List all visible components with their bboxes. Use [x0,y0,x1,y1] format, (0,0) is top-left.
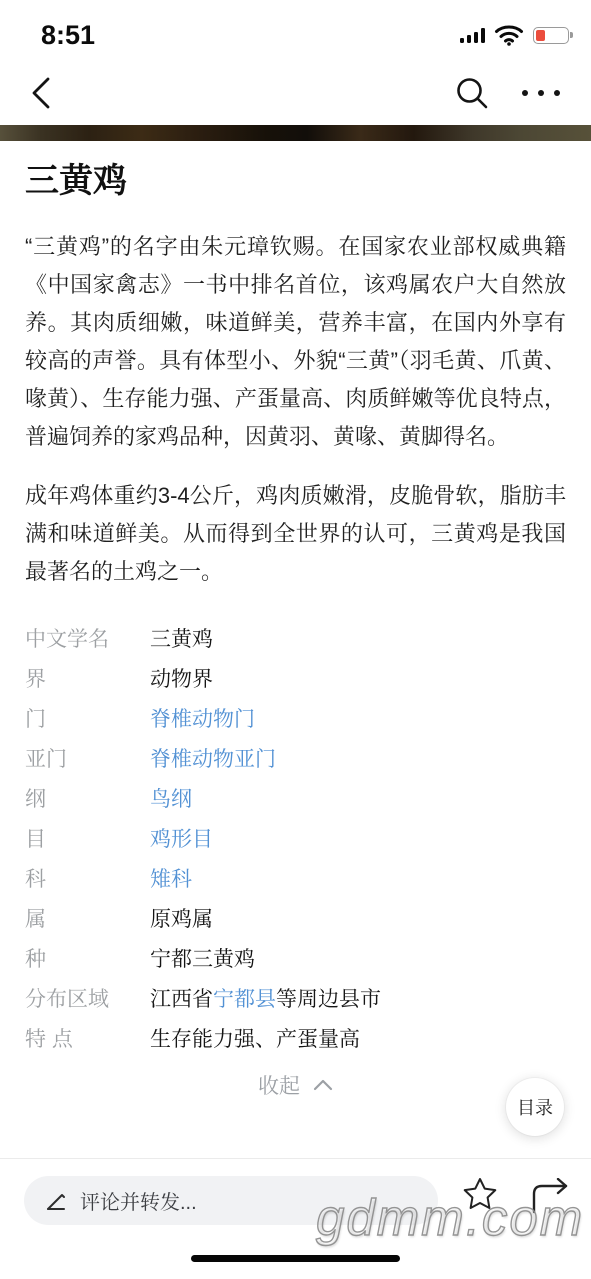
infobox-row: 目鸡形目 [25,820,566,860]
infobox-text: 生存能力强、产蛋量高 [150,1028,360,1051]
infobox-row-value: 雉科 [150,860,192,900]
infobox-text: 宁都三黄鸡 [150,948,255,971]
more-button[interactable] [521,89,561,97]
infobox-row: 科雉科 [25,860,566,900]
share-arrow-icon [528,1178,572,1214]
infobox-row-label: 属 [25,900,150,940]
infobox-text: 动物界 [150,668,213,691]
wifi-icon [494,24,524,46]
infobox-row-label: 门 [25,700,150,740]
infobox-row: 种宁都三黄鸡 [25,940,566,980]
infobox-row-value: 脊椎动物亚门 [150,740,276,780]
infobox-row-value: 鸡形目 [150,820,213,860]
infobox-row-label: 目 [25,820,150,860]
header-photo-strip[interactable] [0,125,591,141]
infobox-rows: 中文学名三黄鸡界动物界门脊椎动物门亚门脊椎动物亚门纲鸟纲目鸡形目科雉科属原鸡属种… [25,620,566,1060]
chevron-up-icon [313,1079,333,1091]
infobox-row-value: 动物界 [150,660,213,700]
infobox-row: 门脊椎动物门 [25,700,566,740]
battery-icon [533,27,569,44]
comment-placeholder: 评论并转发... [80,1186,197,1215]
infobox-row-value: 脊椎动物门 [150,700,255,740]
infobox-link[interactable]: 宁都县 [213,988,276,1011]
back-button[interactable] [30,76,52,110]
infobox-link[interactable]: 鸟纲 [150,788,192,811]
infobox-row: 中文学名三黄鸡 [25,620,566,660]
infobox-row: 亚门脊椎动物亚门 [25,740,566,780]
infobox-row-label: 中文学名 [25,620,150,660]
infobox-row-value: 宁都三黄鸡 [150,940,255,980]
infobox-row-value: 原鸡属 [150,900,213,940]
nav-bar [0,60,591,125]
star-icon [460,1175,500,1215]
pencil-icon [45,1190,67,1212]
infobox-row: 分布区域江西省宁都县等周边县市 [25,980,566,1020]
infobox-link[interactable]: 脊椎动物门 [150,708,255,731]
infobox-link[interactable]: 鸡形目 [150,828,213,851]
infobox-row: 界动物界 [25,660,566,700]
status-icons [460,24,570,46]
infobox-row-value: 江西省宁都县等周边县市 [150,980,381,1020]
infobox-text: 原鸡属 [150,908,213,931]
infobox-row-label: 亚门 [25,740,150,780]
infobox-text: 三黄鸡 [150,628,213,651]
comment-input[interactable]: 评论并转发... [24,1176,438,1225]
infobox-row-value: 三黄鸡 [150,620,213,660]
infobox-row-label: 科 [25,860,150,900]
article: 三黄鸡 “三黄鸡”的名字由朱元璋钦赐。在国家农业部权威典籍《中国家禽志》一书中排… [0,158,591,1105]
ellipsis-icon [521,89,561,97]
home-indicator[interactable] [191,1255,400,1262]
infobox-link[interactable]: 雉科 [150,868,192,891]
share-button[interactable] [528,1178,572,1214]
infobox-row-value: 鸟纲 [150,780,192,820]
back-chevron-icon [30,76,52,110]
cellular-signal-icon [460,27,486,43]
infobox-row-value: 生存能力强、产蛋量高 [150,1020,360,1060]
infobox-text: 等周边县市 [276,988,381,1011]
infobox-row-label: 分布区域 [25,980,150,1020]
collapse-button[interactable]: 收起 [25,1065,566,1105]
page-title: 三黄鸡 [25,158,566,204]
favorite-button[interactable] [460,1175,500,1215]
collapse-label: 收起 [258,1070,300,1100]
infobox-row: 特 点生存能力强、产蛋量高 [25,1020,566,1060]
infobox-row-label: 特 点 [25,1020,150,1060]
status-time: 8:51 [41,20,95,51]
toc-button-label: 目录 [517,1094,553,1120]
article-paragraph-1: “三黄鸡”的名字由朱元璋钦赐。在国家农业部权威典籍《中国家禽志》一书中排名首位，… [25,228,566,456]
search-icon [455,76,489,110]
infobox: 中文学名三黄鸡界动物界门脊椎动物门亚门脊椎动物亚门纲鸟纲目鸡形目科雉科属原鸡属种… [25,620,566,1105]
infobox-row: 属原鸡属 [25,900,566,940]
infobox-row-label: 种 [25,940,150,980]
infobox-row: 纲鸟纲 [25,780,566,820]
search-button[interactable] [455,76,489,110]
infobox-text: 江西省 [150,988,213,1011]
infobox-row-label: 界 [25,660,150,700]
status-bar: 8:51 [0,0,591,60]
infobox-row-label: 纲 [25,780,150,820]
infobox-link[interactable]: 脊椎动物亚门 [150,748,276,771]
article-paragraph-2: 成年鸡体重约3-4公斤，鸡肉质嫩滑，皮脆骨软，脂肪丰满和味道鲜美。从而得到全世界… [25,477,566,591]
toc-button[interactable]: 目录 [506,1078,564,1136]
